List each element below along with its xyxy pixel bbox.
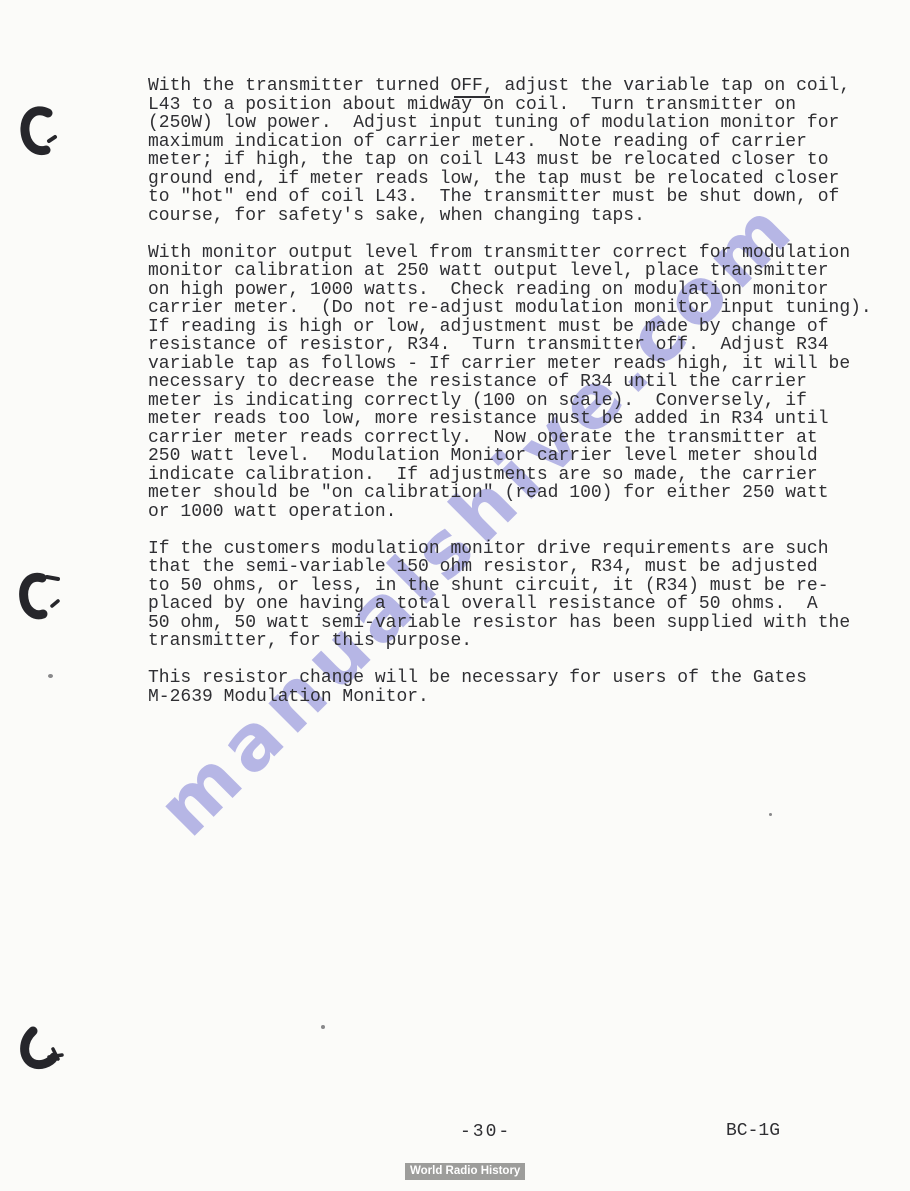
paragraph-resistor-replacement: If the customers modulation monitor driv… — [148, 540, 893, 651]
paragraph-coil-tap-adjustment: With the transmitter turned OFF, adjust … — [148, 77, 893, 225]
document-body: With the transmitter turned OFF, adjust … — [148, 77, 893, 725]
model-code: BC-1G — [726, 1121, 780, 1141]
scanned-manual-page: { "document": { "paragraphs": [ { "text"… — [0, 0, 910, 1191]
left-margin-ink-mark-top — [18, 104, 60, 166]
paragraph-monitor-calibration: With monitor output level from transmitt… — [148, 244, 893, 522]
paragraph-gates-monitor-note: This resistor change will be necessary f… — [148, 669, 893, 706]
left-margin-ink-mark-bottom — [18, 1026, 68, 1076]
scan-speck — [48, 674, 53, 678]
page-number: -30- — [460, 1122, 511, 1142]
world-radio-history-stamp: World Radio History — [405, 1163, 525, 1180]
scan-speck — [769, 813, 772, 816]
off-word-underline — [454, 96, 490, 98]
scan-speck — [321, 1025, 325, 1029]
left-margin-ink-mark-middle — [16, 566, 66, 628]
